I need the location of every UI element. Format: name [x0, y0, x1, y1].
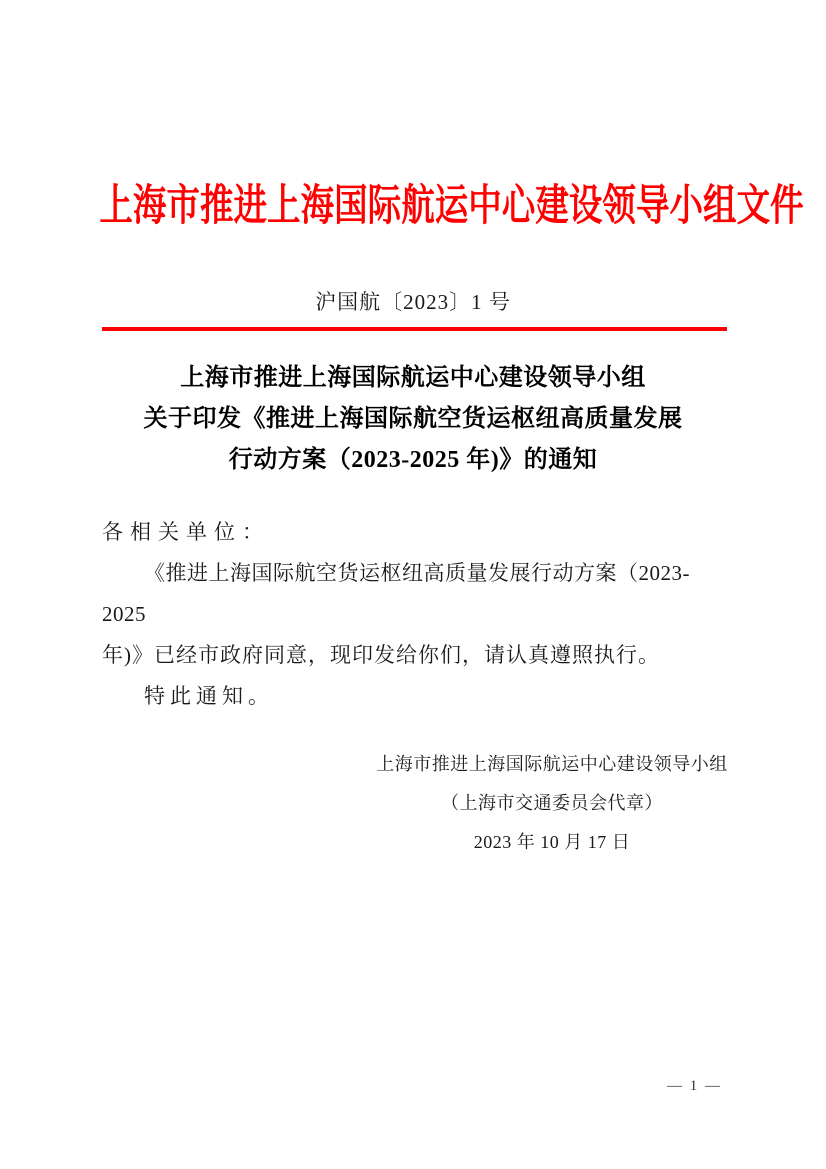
masthead-banner-text: 上海市推进上海国际航运中心建设领导小组文件 — [99, 172, 803, 233]
signature-issuer: 上海市推进上海国际航运中心建设领导小组 — [368, 745, 736, 784]
footer-page-number: — 1 — — [667, 1078, 722, 1095]
signature-date: 2023 年 10 月 17 日 — [368, 823, 736, 862]
red-separator-rule — [102, 327, 727, 331]
document-title-line2: 关于印发《推进上海国际航空货运枢纽高质量发展 — [0, 399, 826, 440]
body-paragraph-line1: 《推进上海国际航空货运枢纽高质量发展行动方案（2023-2025 — [102, 553, 730, 635]
body-closing: 特此通知。 — [102, 676, 730, 717]
masthead-banner: 上海市推进上海国际航运中心建设领导小组文件 — [0, 172, 826, 233]
document-title-line1: 上海市推进上海国际航运中心建设领导小组 — [0, 358, 826, 399]
body-salutation: 各相关单位： — [102, 512, 730, 553]
document-body: 各相关单位： 《推进上海国际航空货运枢纽高质量发展行动方案（2023-2025 … — [102, 512, 730, 717]
document-page: 上海市推进上海国际航运中心建设领导小组文件 沪国航〔2023〕1 号 上海市推进… — [0, 0, 826, 1169]
document-reference-number: 沪国航〔2023〕1 号 — [0, 286, 826, 316]
signature-block: 上海市推进上海国际航运中心建设领导小组 （上海市交通委员会代章） 2023 年 … — [368, 745, 736, 862]
document-title-line3: 行动方案（2023-2025 年)》的通知 — [0, 440, 826, 481]
body-paragraph-line2: 年)》已经市政府同意，现印发给你们，请认真遵照执行。 — [102, 635, 730, 676]
document-title: 上海市推进上海国际航运中心建设领导小组 关于印发《推进上海国际航空货运枢纽高质量… — [0, 358, 826, 481]
signature-seal-note: （上海市交通委员会代章） — [368, 784, 736, 823]
